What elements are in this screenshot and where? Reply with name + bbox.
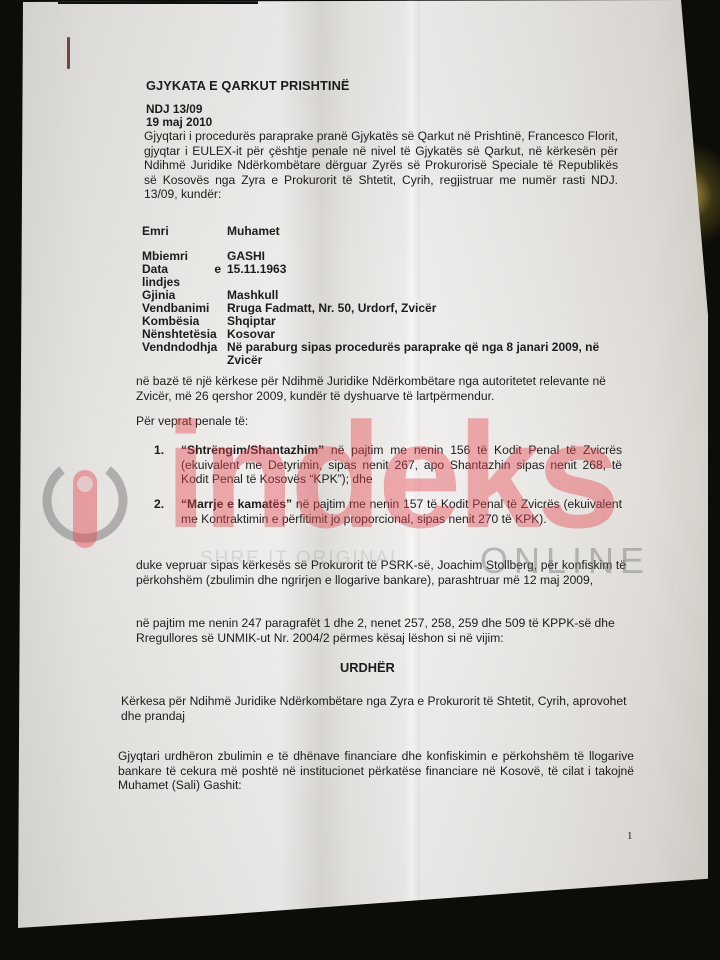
crime-number: 1. (154, 443, 164, 458)
pursuant-paragraph: në pajtim me nenin 247 paragrafët 1 dhe … (136, 616, 626, 645)
party-value: Rruga Fadmatt, Nr. 50, Urdorf, Zvicër (227, 302, 622, 315)
party-value: Shqiptar (227, 315, 622, 328)
order-heading: URDHËR (340, 661, 395, 676)
party-value: Muhamet (227, 225, 622, 238)
court-title: GJYKATA E QARKUT PRISHTINË (146, 79, 350, 94)
party-label-birthdate: Data e lindjes (142, 263, 227, 289)
party-row-residence: Vendbanimi Rruga Fadmatt, Nr. 50, Urdorf… (142, 302, 622, 315)
crimes-lead: Për veprat penale të: (136, 414, 248, 429)
party-label-part: e (214, 263, 221, 276)
document-date: 19 maj 2010 (146, 116, 212, 129)
decision-paragraph: Gjyqtari urdhëron zbulimin e të dhënave … (118, 749, 634, 793)
crime-item: 2. “Marrje e kamatës” në pajtim me nenin… (154, 497, 622, 526)
party-details: Emri Muhamet Mbiemri GASHI Data e lindje… (142, 225, 622, 367)
page-number: 1 (627, 829, 633, 844)
request-paragraph: Kërkesa për Ndihmë Juridike Ndërkombëtar… (121, 694, 631, 723)
crime-item: 1. “Shtrëngim/Shantazhim” në pajtim me n… (154, 443, 622, 487)
party-row-birthdate: Data e lindjes 15.11.1963 (142, 263, 622, 289)
case-reference: NDJ 13/09 19 maj 2010 (146, 103, 212, 129)
party-value: 15.11.1963 (227, 263, 622, 289)
crime-title: “Marrje e kamatës” (181, 497, 292, 511)
party-value: Në paraburg sipas procedurës paraprake q… (227, 341, 622, 367)
party-row-name: Emri Muhamet (142, 225, 622, 238)
crime-title: “Shtrëngim/Shantazhim” (181, 443, 324, 457)
court-document: GJYKATA E QARKUT PRISHTINË NDJ 13/09 19 … (0, 0, 720, 960)
crime-number: 2. (154, 497, 164, 512)
intro-paragraph: Gjyqtari i procedurës paraprake pranë Gj… (144, 129, 618, 202)
party-label-part: lindjes (142, 275, 180, 289)
party-value: GASHI (227, 250, 622, 263)
basis-paragraph: në bazë të një kërkese për Ndihmë Juridi… (136, 374, 626, 403)
party-row-location: Vendndodhja Në paraburg sipas procedurës… (142, 341, 622, 367)
acting-paragraph: duke vepruar sipas kërkesës së Prokurori… (136, 558, 626, 587)
party-label: Emri (142, 225, 227, 238)
party-label: Vendndodhja (142, 341, 227, 367)
